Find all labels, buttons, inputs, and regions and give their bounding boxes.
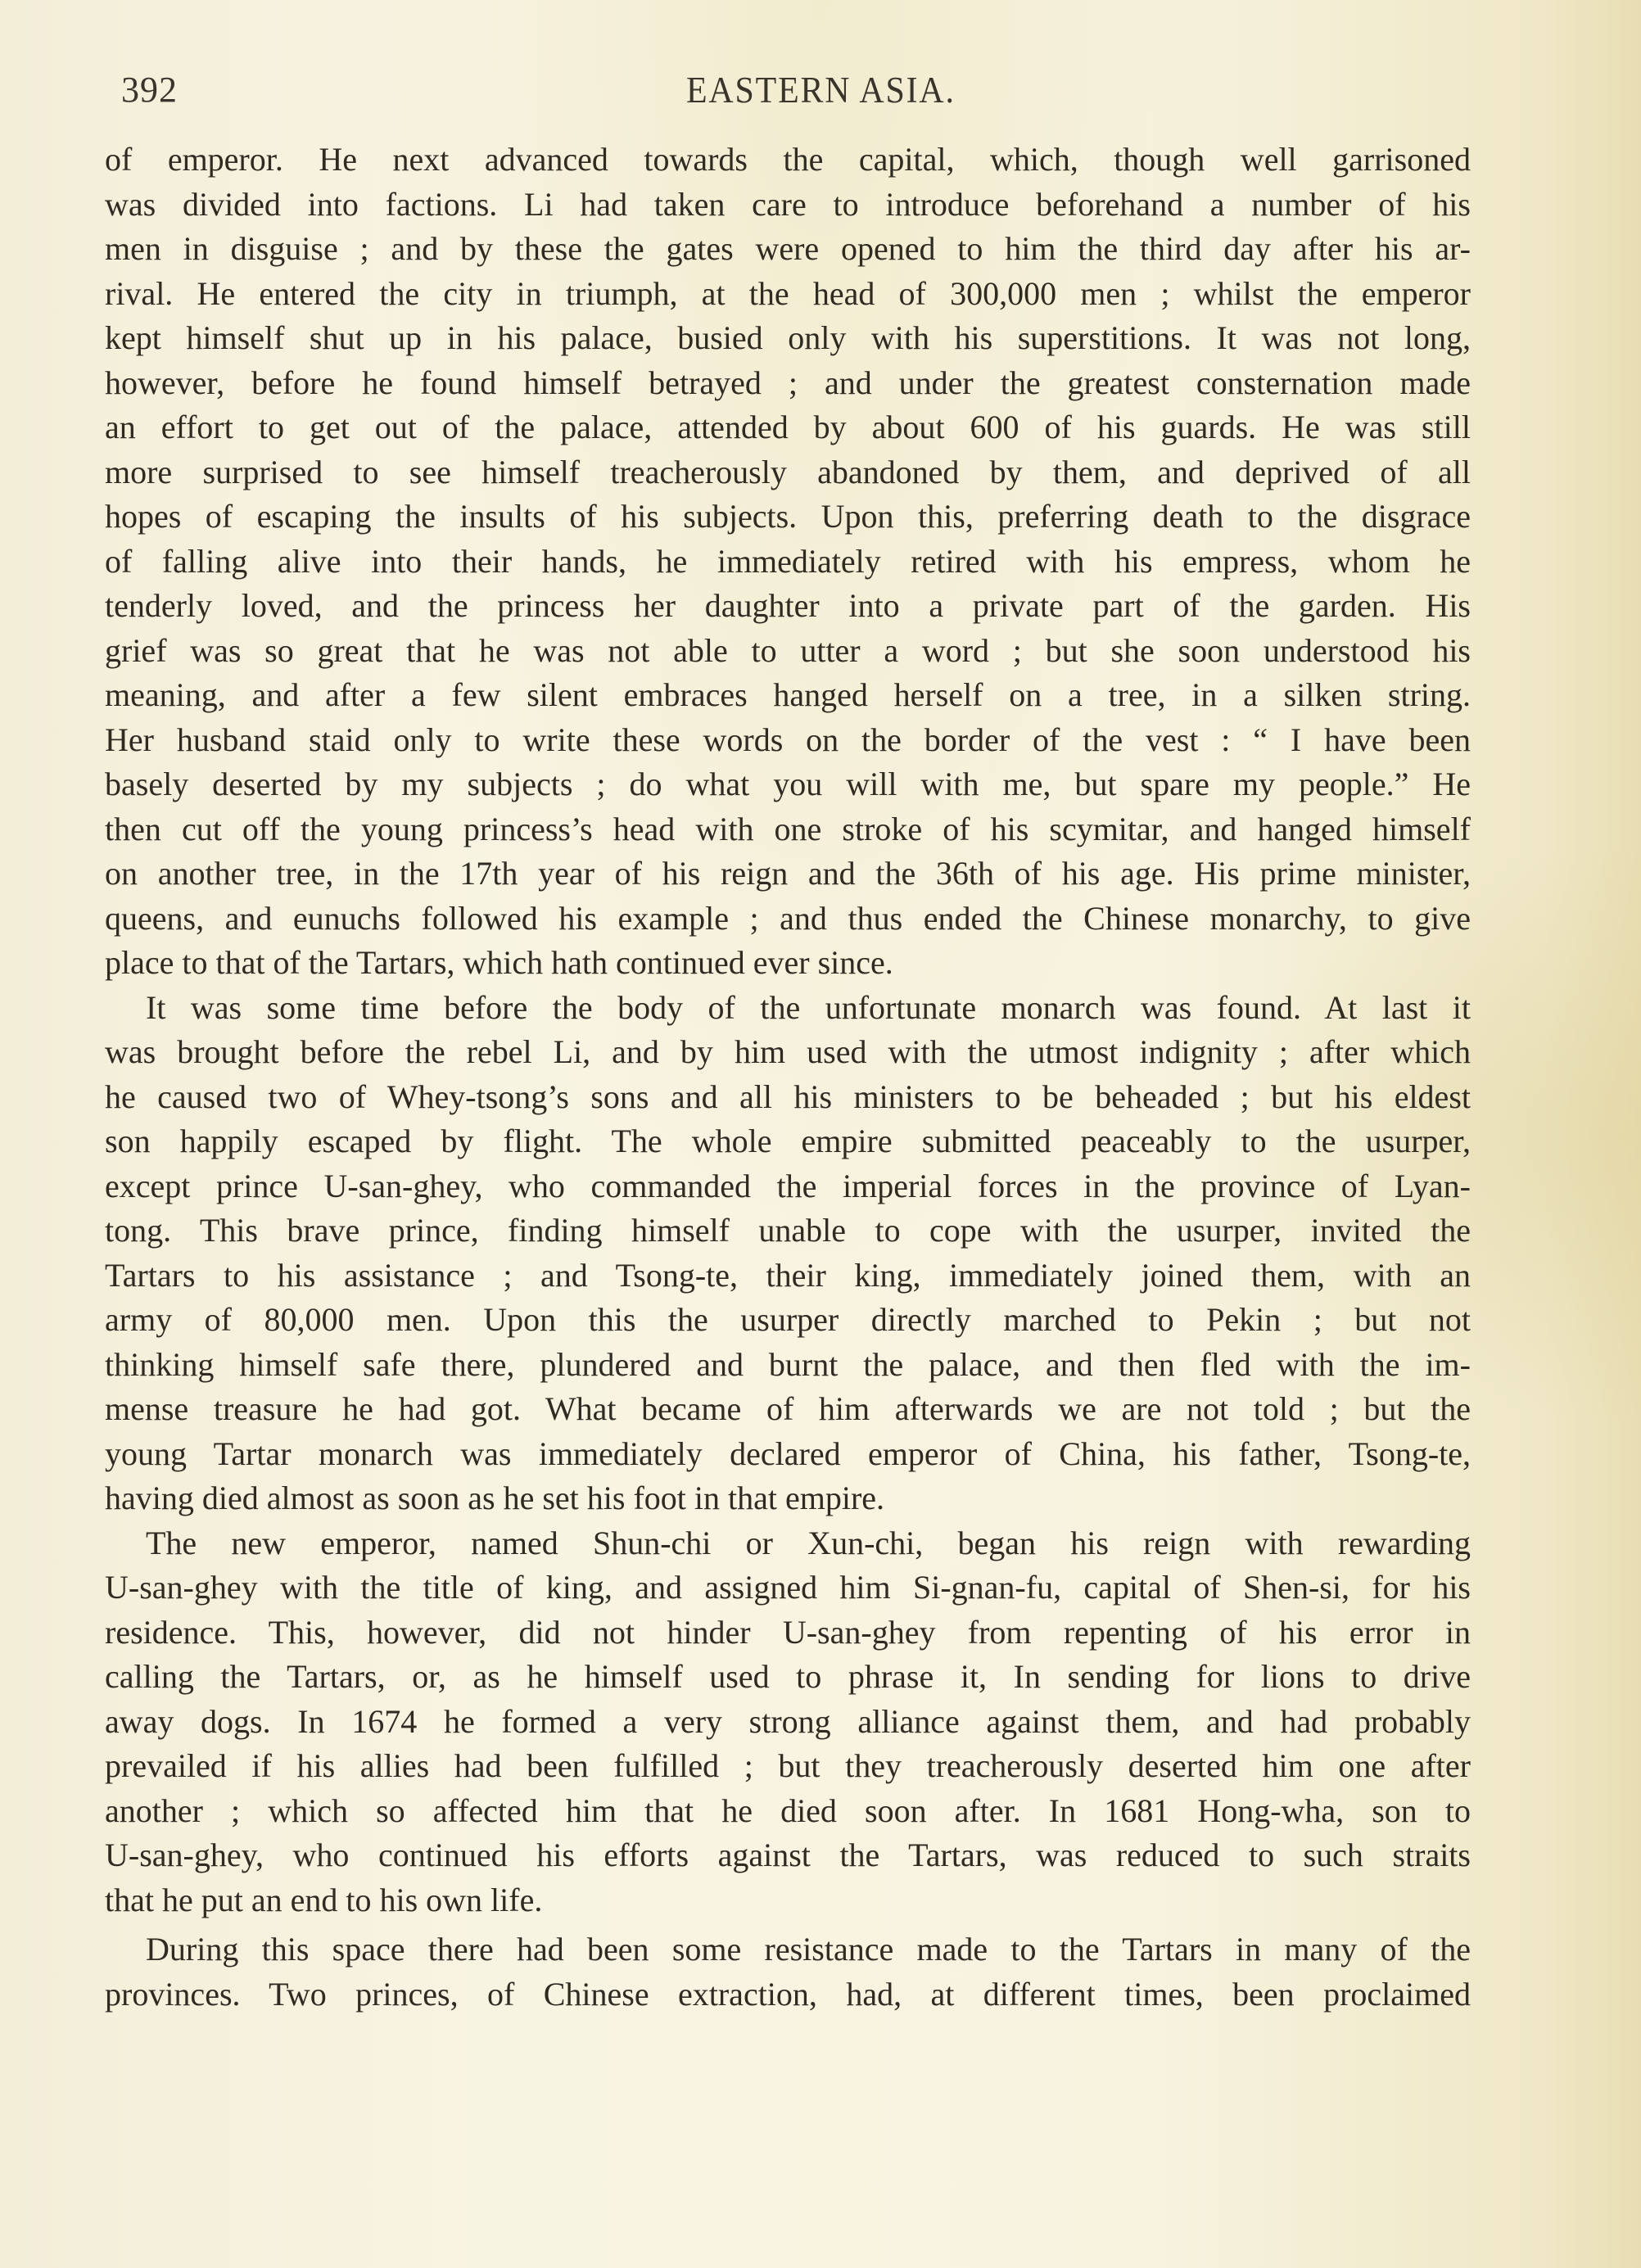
text-line: was divided into factions. Li had taken … [105, 183, 1471, 228]
text-line: young Tartar monarch was immediately dec… [105, 1432, 1471, 1477]
text-line: U-san-ghey with the title of king, and a… [105, 1565, 1471, 1611]
paragraph-4: During this space there had been some re… [105, 1927, 1471, 2017]
text-line: tenderly loved, and the princess her dau… [105, 584, 1471, 629]
text-line: Tartars to his assistance ; and Tsong-te… [105, 1254, 1471, 1299]
text-line: meaning, and after a few silent embraces… [105, 673, 1471, 718]
text-line: having died almost as soon as he set his… [105, 1476, 1471, 1521]
body-text: of emperor. He next advanced towards the… [105, 138, 1471, 2017]
text-line: calling the Tartars, or, as he himself u… [105, 1655, 1471, 1700]
paragraph-1: of emperor. He next advanced towards the… [105, 138, 1471, 986]
text-line: basely deserted by my subjects ; do what… [105, 762, 1471, 807]
text-line: hopes of escaping the insults of his sub… [105, 495, 1471, 540]
text-line: then cut off the young princess’s head w… [105, 807, 1471, 852]
text-line: on another tree, in the 17th year of his… [105, 852, 1471, 897]
page-number: 392 [121, 69, 178, 111]
text-line: provinces. Two princes, of Chinese extra… [105, 1972, 1471, 2017]
text-line: rival. He entered the city in triumph, a… [105, 272, 1471, 317]
running-title: EASTERN ASIA. [686, 69, 956, 111]
text-line: prevailed if his allies had been fulfill… [105, 1744, 1471, 1789]
text-line: however, before he found himself betraye… [105, 361, 1471, 406]
text-line: army of 80,000 men. Upon this the usurpe… [105, 1298, 1471, 1343]
text-line: The new emperor, named Shun-chi or Xun-c… [105, 1521, 1471, 1566]
text-line: thinking himself safe there, plundered a… [105, 1343, 1471, 1388]
text-line: that he put an end to his own life. [105, 1878, 1471, 1923]
text-line: kept himself shut up in his palace, busi… [105, 316, 1471, 361]
text-line: queens, and eunuchs followed his example… [105, 897, 1471, 942]
text-line: an effort to get out of the palace, atte… [105, 405, 1471, 450]
text-line: he caused two of Whey-tsong’s sons and a… [105, 1075, 1471, 1120]
text-line: grief was so great that he was not able … [105, 629, 1471, 674]
text-line: of falling alive into their hands, he im… [105, 540, 1471, 585]
text-line: except prince U-san-ghey, who commanded … [105, 1164, 1471, 1209]
text-line: was brought before the rebel Li, and by … [105, 1030, 1471, 1075]
text-line: son happily escaped by flight. The whole… [105, 1119, 1471, 1164]
text-line: of emperor. He next advanced towards the… [105, 138, 1471, 183]
text-line: men in disguise ; and by these the gates… [105, 227, 1471, 272]
paragraph-3: The new emperor, named Shun-chi or Xun-c… [105, 1521, 1471, 1923]
text-line: It was some time before the body of the … [105, 986, 1471, 1031]
book-page: 392 EASTERN ASIA. of emperor. He next ad… [0, 0, 1641, 2268]
paragraph-2: It was some time before the body of the … [105, 986, 1471, 1521]
text-line: more surprised to see himself treacherou… [105, 450, 1471, 495]
text-line: residence. This, however, did not hinder… [105, 1611, 1471, 1656]
text-line: mense treasure he had got. What became o… [105, 1387, 1471, 1432]
text-line: away dogs. In 1674 he formed a very stro… [105, 1700, 1471, 1745]
text-line: another ; which so affected him that he … [105, 1789, 1471, 1834]
running-head: 392 EASTERN ASIA. [0, 69, 1641, 118]
text-line: U-san-ghey, who continued his efforts ag… [105, 1833, 1471, 1878]
text-line: tong. This brave prince, finding himself… [105, 1209, 1471, 1254]
text-line: During this space there had been some re… [105, 1927, 1471, 1972]
text-line: place to that of the Tartars, which hath… [105, 941, 1471, 986]
text-line: Her husband staid only to write these wo… [105, 718, 1471, 763]
